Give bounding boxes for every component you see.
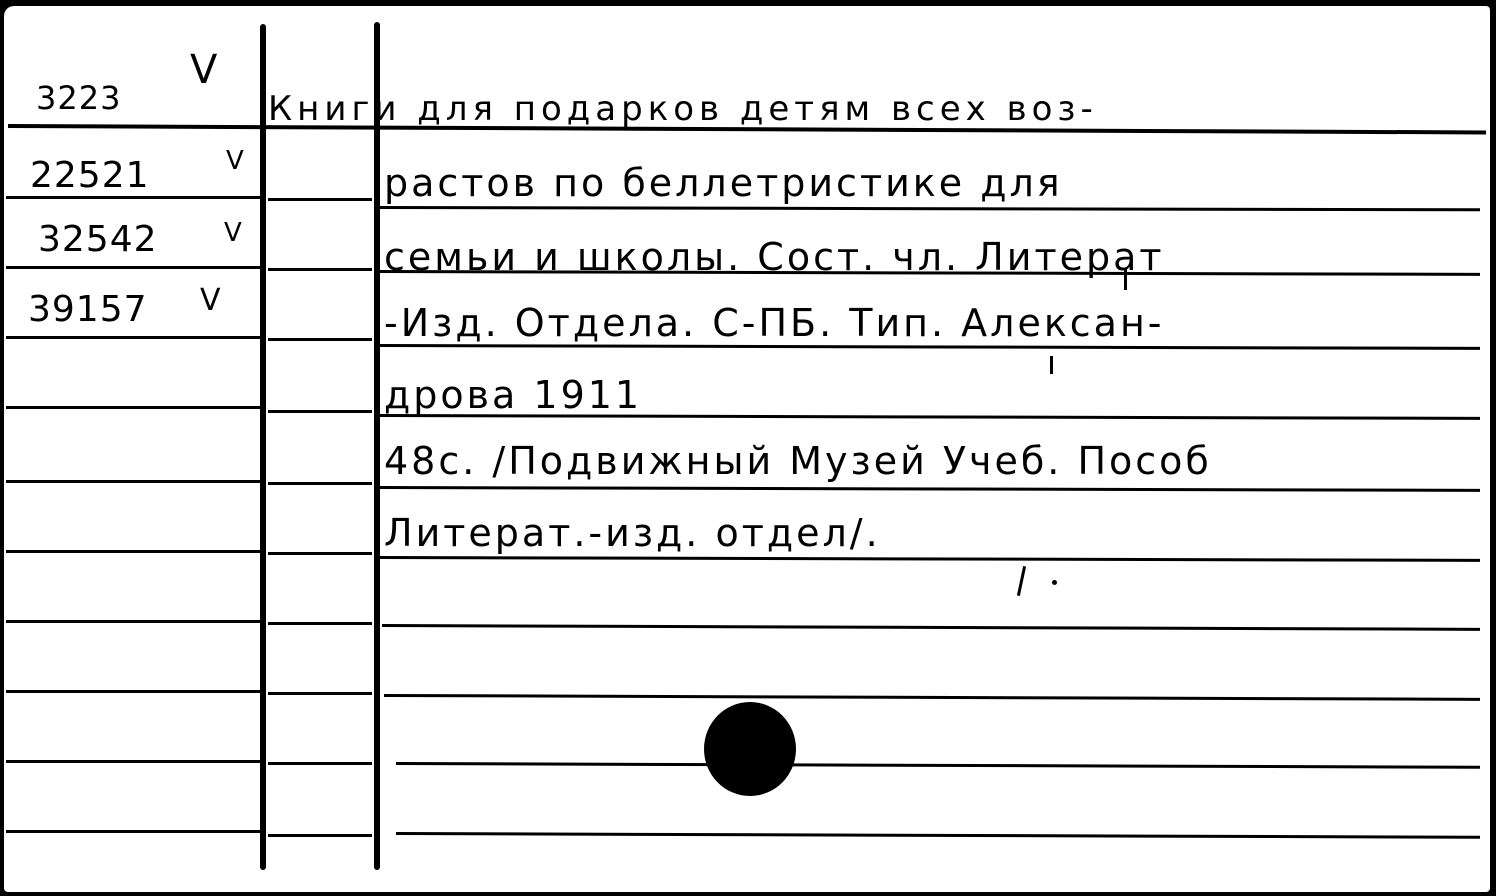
entry-rule-4 [380, 414, 1480, 420]
left-rule-7 [6, 620, 260, 623]
pen-mark [1017, 566, 1026, 596]
entry-rule-6 [380, 556, 1480, 562]
pen-mark [1050, 356, 1053, 374]
entry-line-1: растов по беллетристике для [384, 164, 1063, 202]
entry-rule-9 [396, 762, 1480, 769]
entry-line-6: Литерат.-изд. отдел/. [384, 514, 881, 552]
entry-line-3: -Изд. Отдела. С-ПБ. Тип. Алексан- [384, 304, 1165, 342]
left-rule-6 [6, 550, 260, 553]
mid-rule-1 [268, 198, 372, 201]
left-rule-1 [6, 196, 260, 199]
column-rule-left [260, 24, 266, 870]
mid-rule-6 [268, 552, 372, 555]
column-rule-right [374, 22, 380, 870]
punch-hole-icon [704, 702, 796, 796]
catalog-card: 3223 V Книги для подарков детям всех воз… [4, 6, 1490, 892]
pen-mark [1124, 268, 1127, 290]
entry-rule-8 [384, 694, 1480, 701]
entry-rule-7 [382, 624, 1480, 631]
left-rule-10 [6, 830, 260, 833]
inventory-number-3: 39157 [28, 292, 148, 328]
mid-rule-3 [268, 338, 372, 341]
entry-rule-10 [396, 832, 1480, 839]
left-rule-5 [6, 480, 260, 483]
left-rule-3 [6, 336, 260, 339]
mid-rule-9 [268, 762, 372, 765]
left-rule-8 [6, 690, 260, 693]
inventory-number-1: 22521 [30, 158, 150, 194]
inventory-check-2: V [224, 220, 244, 246]
left-rule-2 [6, 266, 260, 269]
inventory-check-3: V [200, 286, 223, 316]
header-call-number: 3223 [36, 82, 121, 114]
header-check-mark: V [190, 50, 219, 90]
left-rule-9 [6, 760, 260, 763]
mid-rule-7 [268, 622, 372, 625]
pen-dot [1052, 580, 1057, 585]
entry-rule-5 [380, 486, 1480, 492]
left-rule-4 [6, 406, 260, 409]
entry-line-5: 48с. /Подвижный Музей Учеб. Пособ [384, 442, 1212, 480]
entry-rule-3 [380, 344, 1480, 350]
mid-rule-4 [268, 410, 372, 413]
header-title-start: Книги для подарков детям всех воз- [268, 92, 1098, 126]
inventory-number-2: 32542 [38, 222, 158, 258]
mid-rule-2 [268, 268, 372, 271]
entry-line-4: дрова 1911 [384, 376, 642, 414]
mid-rule-10 [268, 834, 372, 837]
inventory-check-1: V [226, 148, 246, 174]
entry-rule-1 [380, 206, 1480, 211]
mid-rule-5 [268, 482, 372, 485]
mid-rule-8 [268, 692, 372, 695]
